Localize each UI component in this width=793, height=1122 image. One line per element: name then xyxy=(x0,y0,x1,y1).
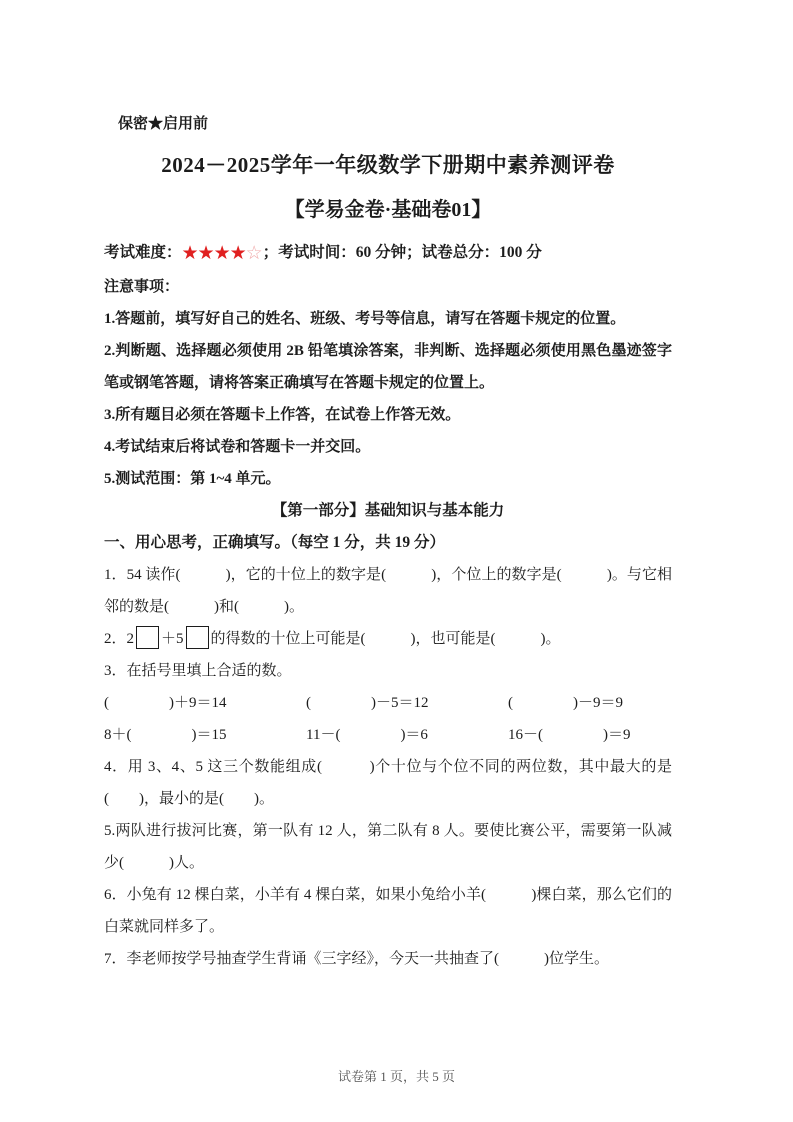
section-one-heading: 一、用心思考，正确填写。（每空 1 分，共 19 分） xyxy=(104,527,672,559)
equation-blank-minus-9: ( )－9＝9 xyxy=(508,687,672,719)
question-1: 1．54 读作( )，它的十位上的数字是( )，个位上的数字是( )。与它相邻的… xyxy=(104,559,672,623)
exam-paper-page: 保密★启用前 2024－2025学年一年级数学下册期中素养测评卷 【学易金卷·基… xyxy=(0,0,793,1122)
note-item-2: 2.判断题、选择题必须使用 2B 铅笔填涂答案，非判断、选择题必须使用黑色墨迹签… xyxy=(104,335,672,399)
question-2: 2．2＋5的得数的十位上可能是( )，也可能是( )。 xyxy=(104,623,672,655)
exam-title: 2024－2025学年一年级数学下册期中素养测评卷 xyxy=(104,150,672,180)
part-one-heading: 【第一部分】基础知识与基本能力 xyxy=(104,495,672,527)
page-number-text: 试卷第 1 页，共 5 页 xyxy=(338,1069,455,1084)
note-item-3: 3.所有题目必须在答题卡上作答，在试卷上作答无效。 xyxy=(104,399,672,431)
note-item-4: 4.考试结束后将试卷和答题卡一并交回。 xyxy=(104,431,672,463)
exam-subtitle: 【学易金卷·基础卷01】 xyxy=(104,195,672,225)
question-6: 6．小兔有 12 棵白菜，小羊有 4 棵白菜，如果小兔给小羊( )棵白菜，那么它… xyxy=(104,879,672,943)
question-2-answer-box-2 xyxy=(186,626,209,649)
exam-time-and-score: ；考试时间：60 分钟；试卷总分：100 分 xyxy=(263,244,542,261)
question-7: 7．李老师按学号抽查学生背诵《三字经》，今天一共抽查了( )位学生。 xyxy=(104,943,672,975)
equation-blank-plus-9: ( )＋9＝14 xyxy=(104,687,306,719)
star-empty-icon: ☆ xyxy=(246,242,263,264)
equation-16-minus-blank: 16－( )＝9 xyxy=(508,719,672,751)
question-3-equations-row-1: ( )＋9＝14 ( )－5＝12 ( )－9＝9 xyxy=(104,687,672,719)
question-2-answer-box-1 xyxy=(136,626,159,649)
equation-blank-minus-5: ( )－5＝12 xyxy=(306,687,508,719)
difficulty-label: 考试难度： xyxy=(104,244,182,261)
question-2-text-start: 2．2 xyxy=(104,631,134,647)
note-item-5: 5.测试范围：第 1~4 单元。 xyxy=(104,463,672,495)
question-2-text-end: 的得数的十位上可能是( )，也可能是( )。 xyxy=(211,631,561,647)
question-3-equations-row-2: 8＋( )＝15 11－( )＝6 16－( )＝9 xyxy=(104,719,672,751)
question-2-text-middle: ＋5 xyxy=(161,631,184,647)
question-3-intro: 3．在括号里填上合适的数。 xyxy=(104,655,672,687)
question-4: 4．用 3、4、5 这三个数能组成( )个十位与个位不同的两位数，其中最大的是(… xyxy=(104,751,672,815)
page-content: 保密★启用前 2024－2025学年一年级数学下册期中素养测评卷 【学易金卷·基… xyxy=(104,112,672,975)
question-5: 5.两队进行拔河比赛，第一队有 12 人，第二队有 8 人。要使比赛公平，需要第… xyxy=(104,815,672,879)
equation-8-plus-blank: 8＋( )＝15 xyxy=(104,719,306,751)
security-notice: 保密★启用前 xyxy=(118,112,672,136)
page-footer: 试卷第 1 页，共 5 页 xyxy=(0,1068,793,1086)
exam-meta-line: 考试难度：★★★★☆；考试时间：60 分钟；试卷总分：100 分 xyxy=(104,238,672,268)
note-item-1: 1.答题前，填写好自己的姓名、班级、考号等信息，请写在答题卡规定的位置。 xyxy=(104,303,672,335)
equation-11-minus-blank: 11－( )＝6 xyxy=(306,719,508,751)
notes-title: 注意事项： xyxy=(104,271,672,303)
star-filled-icon: ★★★★ xyxy=(182,242,246,264)
